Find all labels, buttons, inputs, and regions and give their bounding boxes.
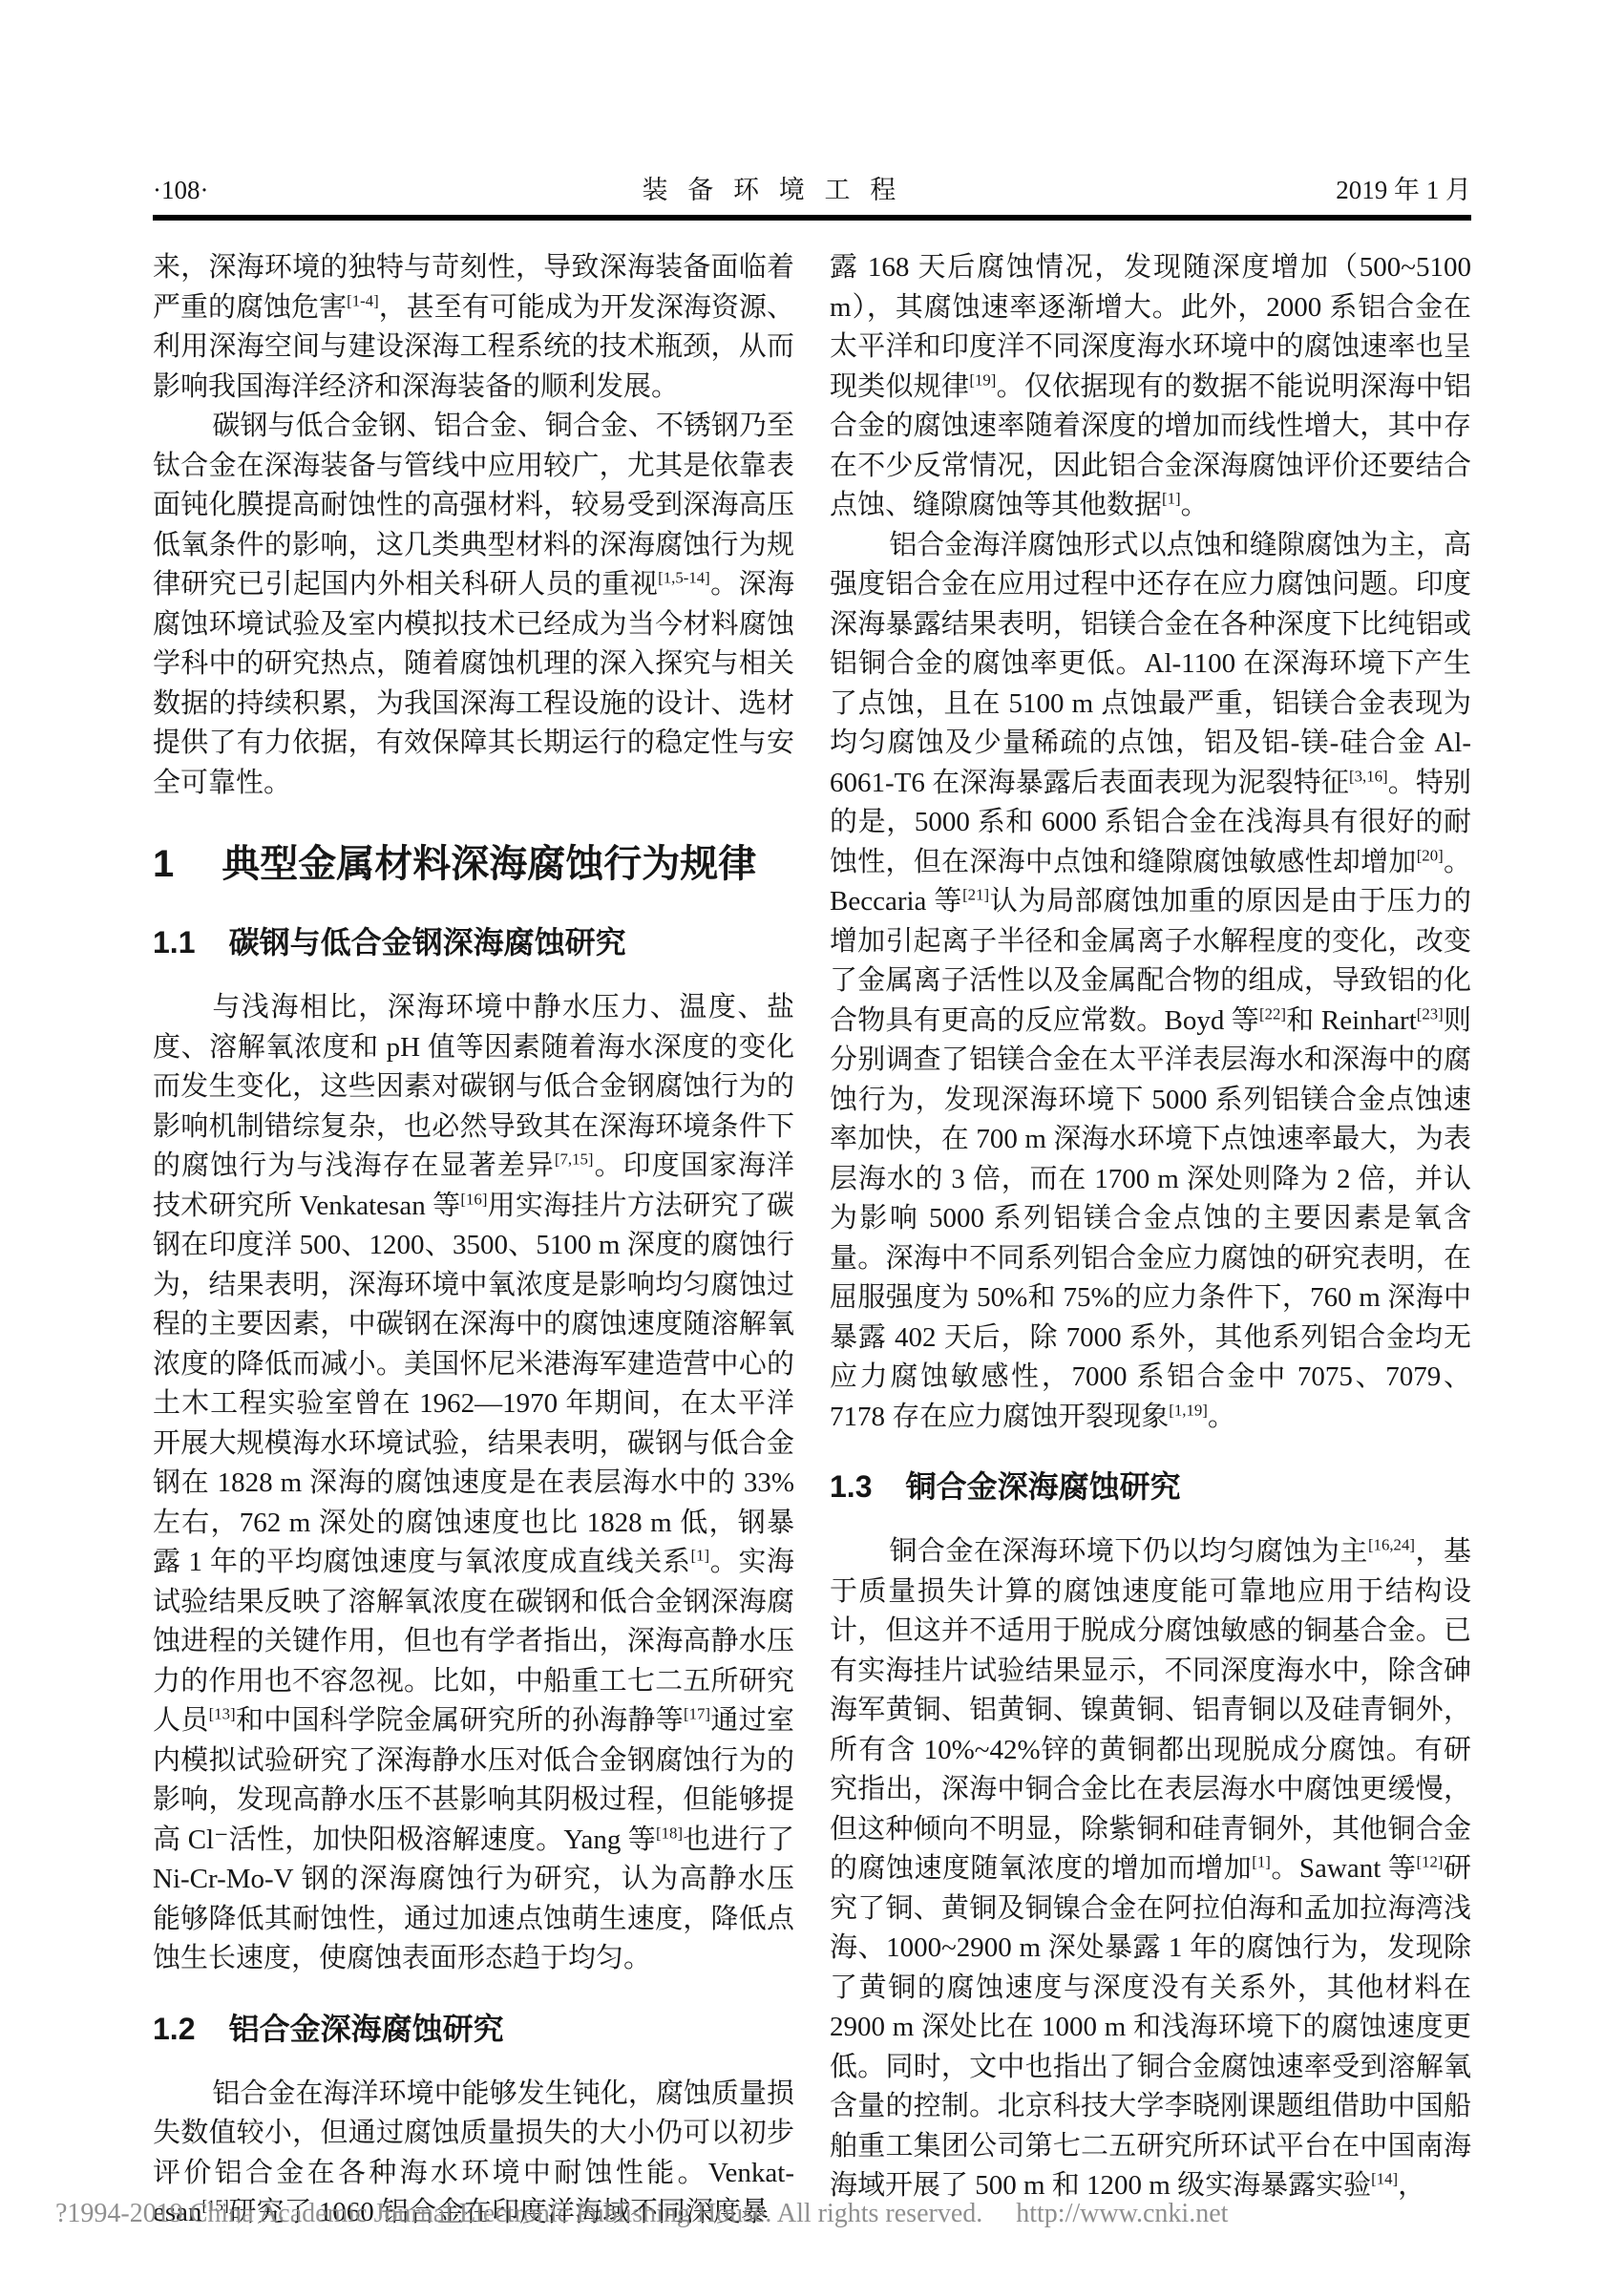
- issue-date: 2019 年 1 月: [1336, 176, 1471, 204]
- heading-number: 1: [153, 843, 174, 885]
- copyright-notice: ?1994-2019 China Academic Journal Electr…: [55, 2199, 982, 2228]
- heading-1.1: 1.1碳钢与低合金钢深海腐蚀研究: [153, 921, 794, 963]
- paragraph: 铝合金海洋腐蚀形式以点蚀和缝隙腐蚀为主，高强度铝合金在应用过程中还存在应力腐蚀问…: [830, 526, 1471, 1438]
- reference-marker: [23]: [1417, 1004, 1444, 1023]
- document-page: ·108· 装 备 环 境 工 程 2019 年 1 月 来，深海环境的独特与苛…: [0, 0, 1624, 2278]
- journal-title: 装 备 环 境 工 程: [642, 176, 902, 204]
- paragraph: 露 168 天后腐蚀情况，发现随深度增加（500~5100 m），其腐蚀速率逐渐…: [830, 248, 1471, 526]
- reference-marker: [1,5-14]: [658, 568, 710, 586]
- reference-marker: [21]: [962, 885, 989, 903]
- reference-marker: [1]: [1252, 1852, 1271, 1870]
- heading-number: 1.3: [830, 1469, 872, 1504]
- heading-number: 1.2: [153, 2012, 195, 2046]
- paragraph: 与浅海相比，深海环境中静水压力、温度、盐度、溶解氧浓度和 pH 值等因素随着海水…: [153, 988, 794, 1979]
- reference-marker: [1,19]: [1169, 1401, 1208, 1419]
- page-number: ·108·: [153, 176, 208, 204]
- reference-marker: [16]: [460, 1190, 487, 1208]
- reference-marker: [13]: [209, 1704, 236, 1722]
- paragraph: 碳钢与低合金钢、铝合金、铜合金、不锈钢乃至钛合金在深海装备与管线中应用较广，尤其…: [153, 407, 794, 803]
- reference-marker: [3,16]: [1349, 767, 1388, 785]
- heading-text: 碳钢与低合金钢深海腐蚀研究: [229, 925, 626, 960]
- article-body: 来，深海环境的独特与苛刻性，导致深海装备面临着严重的腐蚀危害[1-4]，甚至有可…: [153, 248, 1471, 2233]
- reference-marker: [1]: [1162, 489, 1181, 507]
- page-footer: ?1994-2019 China Academic Journal Electr…: [55, 2198, 1228, 2230]
- left-column: 来，深海环境的独特与苛刻性，导致深海装备面临着严重的腐蚀危害[1-4]，甚至有可…: [153, 248, 794, 2233]
- right-column: 露 168 天后腐蚀情况，发现随深度增加（500~5100 m），其腐蚀速率逐渐…: [830, 248, 1471, 2233]
- reference-marker: [12]: [1416, 1852, 1443, 1870]
- heading-1.3: 1.3铜合金深海腐蚀研究: [830, 1466, 1471, 1508]
- reference-marker: [1]: [691, 1546, 710, 1564]
- heading-1.2: 1.2铝合金深海腐蚀研究: [153, 2008, 794, 2050]
- heading-text: 铜合金深海腐蚀研究: [906, 1469, 1181, 1504]
- paragraph: 来，深海环境的独特与苛刻性，导致深海装备面临着严重的腐蚀危害[1-4]，甚至有可…: [153, 248, 794, 407]
- heading-text: 典型金属材料深海腐蚀行为规律: [221, 843, 756, 885]
- heading-number: 1.1: [153, 925, 195, 960]
- heading-text: 铝合金深海腐蚀研究: [229, 2012, 504, 2046]
- reference-marker: [18]: [656, 1824, 683, 1842]
- reference-marker: [16,24]: [1368, 1535, 1415, 1553]
- reference-marker: [20]: [1417, 846, 1444, 864]
- cnki-url: http://www.cnki.net: [1016, 2199, 1228, 2228]
- page-header: ·108· 装 备 环 境 工 程 2019 年 1 月: [153, 176, 1471, 204]
- header-rule: [153, 215, 1471, 221]
- reference-marker: [1-4]: [347, 291, 379, 309]
- paragraph: 铜合金在深海环境下仍以均匀腐蚀为主[16,24]，基于质量损失计算的腐蚀速度能可…: [830, 1532, 1471, 2206]
- reference-marker: [14]: [1371, 2169, 1398, 2187]
- reference-marker: [22]: [1259, 1004, 1286, 1023]
- reference-marker: [7,15]: [555, 1150, 594, 1168]
- reference-marker: [19]: [969, 370, 996, 389]
- heading-1: 1典型金属材料深海腐蚀行为规律: [153, 841, 794, 887]
- reference-marker: [17]: [684, 1704, 710, 1722]
